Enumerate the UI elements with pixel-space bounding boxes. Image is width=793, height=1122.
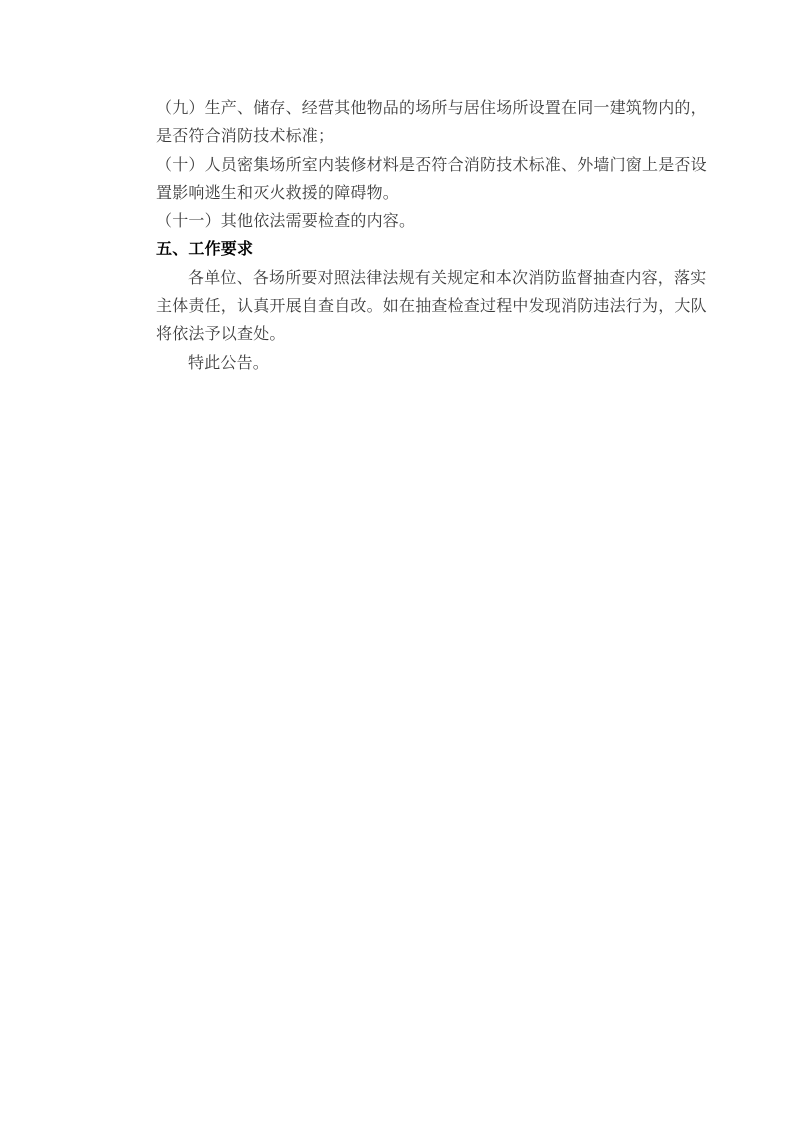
doc-line-item-10-part1: （十）人员密集场所室内装修材料是否符合消防技术标准、外墙门窗上是否设 <box>156 152 678 180</box>
doc-line-requirements-part3: 将依法予以查处。 <box>156 321 678 349</box>
doc-line-item-10-part2: 置影响逃生和灭火救援的障碍物。 <box>156 180 678 208</box>
doc-line-item-9-part2: 是否符合消防技术标准； <box>156 123 678 151</box>
section-heading-work-requirements: 五、工作要求 <box>156 236 678 264</box>
doc-line-requirements-part2: 主体责任，认真开展自查自改。如在抽查检查过程中发现消防违法行为，大队 <box>156 293 678 321</box>
document-page: （九）生产、储存、经营其他物品的场所与居住场所设置在同一建筑物内的， 是否符合消… <box>0 0 793 1122</box>
doc-line-item-11: （十一）其他依法需要检查的内容。 <box>156 208 678 236</box>
doc-line-item-9-part1: （九）生产、储存、经营其他物品的场所与居住场所设置在同一建筑物内的， <box>156 95 678 123</box>
document-text-block: （九）生产、储存、经营其他物品的场所与居住场所设置在同一建筑物内的， 是否符合消… <box>156 95 678 378</box>
doc-line-closing-announcement: 特此公告。 <box>156 350 678 378</box>
doc-line-requirements-part1: 各单位、各场所要对照法律法规有关规定和本次消防监督抽查内容，落实 <box>156 265 678 293</box>
